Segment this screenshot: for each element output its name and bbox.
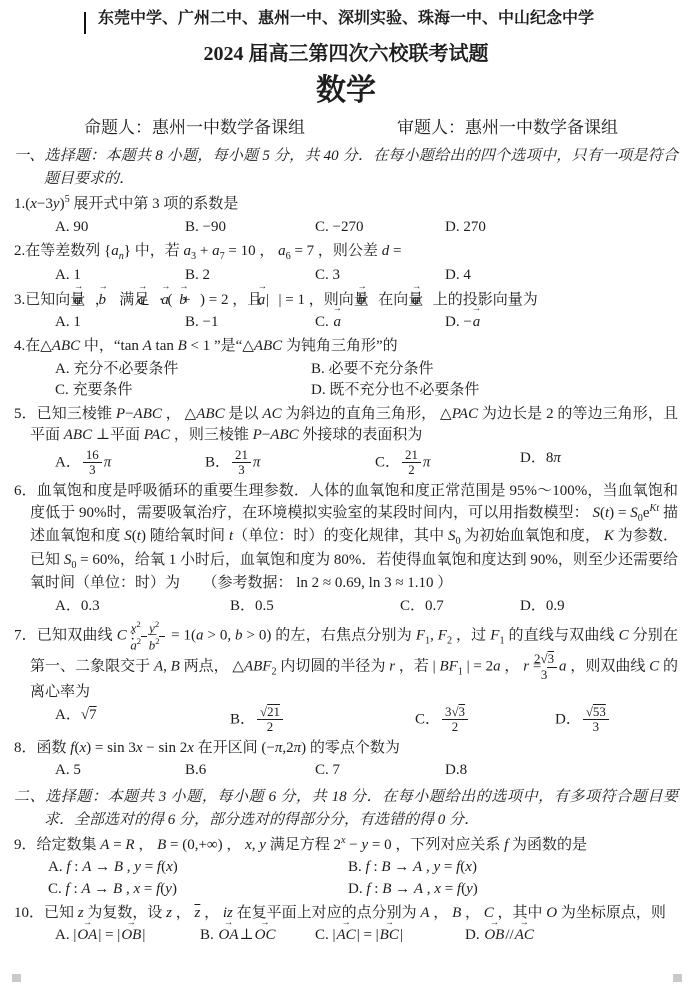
exam-title: 2024 届高三第四次六校联考试题 bbox=[14, 40, 678, 68]
question-4-option-a: A. 充分不必要条件 bbox=[55, 359, 311, 380]
question-8-option-c: C. 7 bbox=[315, 760, 445, 781]
question-6-stem: 6．血氧饱和度是呼吸循环的重要生理参数．人体的血氧饱和度正常范围是 95%～10… bbox=[14, 481, 678, 595]
question-2-stem: 2.在等差数列 {an} 中，若 a3 + a7 = 10 ， a6 = 7 ，… bbox=[14, 241, 678, 264]
question-4-stem: 4.在△ABC 中，“tan A tan B < 1 ”是“△ABC 为钝角三角… bbox=[14, 336, 678, 357]
question-2-option-b: B. 2 bbox=[185, 265, 315, 286]
question-3-option-c: C. a bbox=[315, 312, 445, 333]
question-9-option-b: B. f : B → A , y = f(x) bbox=[348, 857, 648, 878]
question-7-option-b: B．√212 bbox=[230, 705, 415, 735]
question-1: 1.(x−3y)5 展开式中第 3 项的系数是 A. 90 B. −90 C. … bbox=[14, 193, 678, 238]
question-2: 2.在等差数列 {an} 中，若 a3 + a7 = 10 ， a6 = 7 ，… bbox=[14, 241, 678, 287]
section-2-instructions: 二、选择题：本题共 3 小题，每小题 6 分，共 18 分．在每小题给出的选项中… bbox=[14, 786, 678, 831]
question-3-options: A. 1 B. −1 C. a D. −a bbox=[14, 312, 678, 333]
question-5-option-b: B．213π bbox=[205, 448, 375, 478]
setter-credit: 命题人：惠州一中数学备课组 bbox=[84, 116, 305, 140]
question-9-stem: 9．给定数集 A = R ， B = (0,+∞) ， x, y 满足方程 2x… bbox=[14, 834, 678, 856]
question-4-option-c: C. 充要条件 bbox=[55, 380, 311, 401]
question-10-option-a: A. |OA| = |OB| bbox=[55, 925, 200, 946]
question-6-option-b: B．0.5 bbox=[230, 596, 400, 617]
scan-artifact-left bbox=[12, 974, 21, 982]
question-9-option-c: C. f : A → B , x = f(y) bbox=[48, 879, 348, 900]
question-2-options: A. 1 B. 2 C. 3 D. 4 bbox=[14, 265, 678, 286]
question-6-options: A．0.3 B．0.5 C．0.7 D．0.9 bbox=[14, 596, 678, 617]
question-7: 7．已知双曲线 C : x2a2−y2b2 = 1(a > 0, b > 0) … bbox=[14, 620, 678, 735]
question-3-stem: 3.已知向量 a ， b 满足 a · ( a + b ) = 2 ，且 | a… bbox=[14, 290, 678, 311]
question-5: 5．已知三棱锥 P−ABC ， △ABC 是以 AC 为斜边的直角三角形， △P… bbox=[14, 404, 678, 478]
question-6-option-c: C．0.7 bbox=[400, 596, 520, 617]
question-10-option-b: B. OA⊥OC bbox=[200, 925, 315, 946]
question-10-option-d: D. OB//AC bbox=[465, 925, 535, 946]
question-5-stem: 5．已知三棱锥 P−ABC ， △ABC 是以 AC 为斜边的直角三角形， △P… bbox=[14, 404, 678, 447]
question-5-option-d: D．8π bbox=[520, 448, 561, 478]
question-2-option-c: C. 3 bbox=[315, 265, 445, 286]
question-8-option-b: B.6 bbox=[185, 760, 315, 781]
question-1-option-a: A. 90 bbox=[55, 217, 185, 238]
question-8-options: A. 5 B.6 C. 7 D.8 bbox=[14, 760, 678, 781]
question-7-options: A．√7 B．√212 C．3√32 D．√533 bbox=[14, 705, 678, 735]
question-5-option-a: A．163π bbox=[55, 448, 205, 478]
question-4-option-b: B. 必要不充分条件 bbox=[311, 359, 567, 380]
question-9-options: A. f : A → B , y = f(x) B. f : B → A , y… bbox=[14, 857, 678, 900]
question-9-option-a: A. f : A → B , y = f(x) bbox=[48, 857, 348, 878]
question-1-option-c: C. −270 bbox=[315, 217, 445, 238]
question-1-option-d: D. 270 bbox=[445, 217, 575, 238]
question-4-option-d: D. 既不充分也不必要条件 bbox=[311, 380, 567, 401]
question-5-options: A．163π B．213π C．212π D．8π bbox=[14, 448, 678, 478]
exam-paper-page: 东莞中学、广州二中、惠州一中、深圳实验、珠海一中、中山纪念中学 2024 届高三… bbox=[0, 0, 692, 984]
question-3-option-b: B. −1 bbox=[185, 312, 315, 333]
text-cursor-artifact bbox=[84, 12, 86, 34]
question-8: 8．函数 f(x) = sin 3x − sin 2x 在开区间 (−π,2π)… bbox=[14, 738, 678, 782]
question-3: 3.已知向量 a ， b 满足 a · ( a + b ) = 2 ，且 | a… bbox=[14, 290, 678, 334]
question-8-option-d: D.8 bbox=[445, 760, 575, 781]
question-9-option-d: D. f : B → A , x = f(y) bbox=[348, 879, 648, 900]
question-1-option-b: B. −90 bbox=[185, 217, 315, 238]
question-1-options: A. 90 B. −90 C. −270 D. 270 bbox=[14, 217, 678, 238]
reviewer-credit: 审题人：惠州一中数学备课组 bbox=[397, 116, 618, 140]
question-7-option-a: A．√7 bbox=[55, 705, 230, 735]
question-3-option-a: A. 1 bbox=[55, 312, 185, 333]
question-2-option-d: D. 4 bbox=[445, 265, 575, 286]
question-5-option-c: C．212π bbox=[375, 448, 520, 478]
question-7-option-c: C．3√32 bbox=[415, 705, 555, 735]
question-10-option-c: C. |AC| = |BC| bbox=[315, 925, 465, 946]
question-7-stem: 7．已知双曲线 C : x2a2−y2b2 = 1(a > 0, b > 0) … bbox=[14, 620, 678, 704]
question-9: 9．给定数集 A = R ， B = (0,+∞) ， x, y 满足方程 2x… bbox=[14, 834, 678, 900]
question-10: 10．已知 z 为复数，设 z ， z ， iz 在复平面上对应的点分别为 A … bbox=[14, 903, 678, 947]
scan-artifact-right bbox=[673, 974, 682, 982]
question-3-option-d: D. −a bbox=[445, 312, 575, 333]
question-4-options: A. 充分不必要条件 B. 必要不充分条件 C. 充要条件 D. 既不充分也不必… bbox=[14, 359, 678, 402]
subject-title: 数学 bbox=[14, 73, 678, 109]
credits-row: 命题人：惠州一中数学备课组 审题人：惠州一中数学备课组 bbox=[14, 116, 678, 140]
question-10-options: A. |OA| = |OB| B. OA⊥OC C. |AC| = |BC| D… bbox=[14, 925, 678, 946]
question-7-option-d: D．√533 bbox=[555, 705, 611, 735]
question-6-option-a: A．0.3 bbox=[55, 596, 230, 617]
question-4: 4.在△ABC 中，“tan A tan B < 1 ”是“△ABC 为钝角三角… bbox=[14, 336, 678, 401]
question-6-option-d: D．0.9 bbox=[520, 596, 565, 617]
question-1-stem: 1.(x−3y)5 展开式中第 3 项的系数是 bbox=[14, 193, 678, 215]
question-6: 6．血氧饱和度是呼吸循环的重要生理参数．人体的血氧饱和度正常范围是 95%～10… bbox=[14, 481, 678, 617]
question-8-stem: 8．函数 f(x) = sin 3x − sin 2x 在开区间 (−π,2π)… bbox=[14, 738, 678, 759]
question-8-option-a: A. 5 bbox=[55, 760, 185, 781]
section-1-instructions: 一、选择题：本题共 8 小题，每小题 5 分，共 40 分．在每小题给出的四个选… bbox=[14, 145, 678, 190]
school-list: 东莞中学、广州二中、惠州一中、深圳实验、珠海一中、中山纪念中学 bbox=[14, 8, 678, 31]
